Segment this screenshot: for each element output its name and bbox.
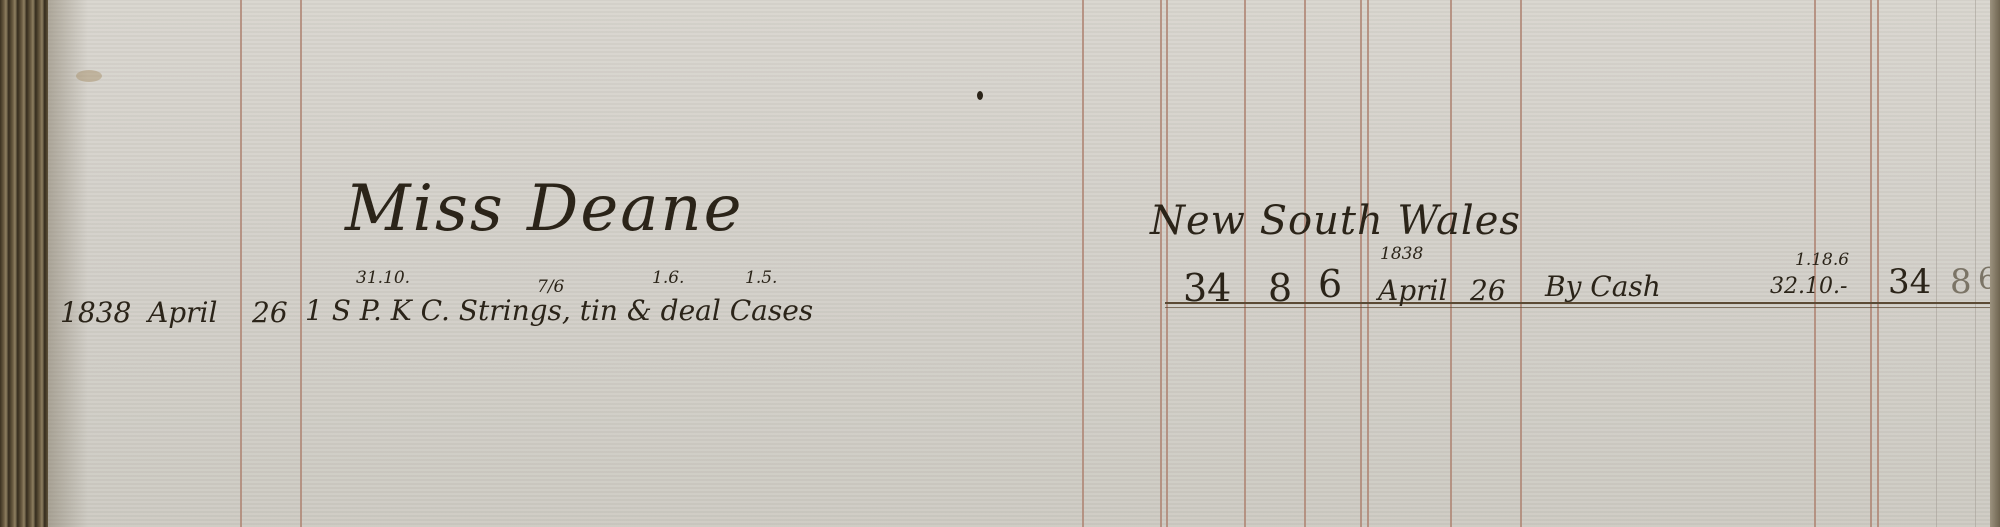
total-pounds: 34	[1888, 262, 1931, 302]
column-rule	[240, 0, 242, 527]
column-rule	[1160, 0, 1162, 527]
paper-stain	[76, 70, 102, 82]
page-edge	[1990, 0, 2000, 527]
credit-entry-description: By Cash	[1545, 270, 1661, 303]
ink-blot	[977, 91, 983, 100]
entry-month: April	[148, 296, 217, 329]
carried-shillings: 8	[1268, 266, 1292, 310]
credit-entry-year: 1838	[1380, 244, 1423, 264]
item-amount: 31.10.	[356, 268, 410, 288]
column-rule	[1082, 0, 1084, 527]
credit-entry-month: April	[1378, 274, 1447, 307]
column-rule	[1975, 0, 1976, 527]
item-amount: 1.5.	[745, 268, 777, 288]
credit-entry-day: 26	[1470, 274, 1506, 307]
column-rule	[1166, 0, 1168, 527]
column-rule	[1244, 0, 1246, 527]
entry-year: 1838	[60, 296, 131, 329]
carried-pounds: 34	[1183, 266, 1231, 310]
column-rule	[1870, 0, 1872, 527]
column-rule	[1360, 0, 1362, 527]
column-rule	[1936, 0, 1937, 527]
book-binding	[0, 0, 48, 527]
column-rule	[1877, 0, 1879, 527]
column-rule	[1450, 0, 1452, 527]
entry-description: 1 S P. K C. Strings, tin & deal Cases	[305, 294, 813, 327]
item-amount: 7/6	[537, 277, 564, 297]
column-rule	[300, 0, 302, 527]
total-shillings: 8	[1950, 262, 1972, 302]
account-name-debit: Miss Deane	[345, 172, 743, 246]
carried-pence: 6	[1318, 262, 1342, 306]
column-rule	[1367, 0, 1369, 527]
sub-amount: 32.10.-	[1770, 274, 1847, 299]
column-rule	[1520, 0, 1522, 527]
column-rule	[1304, 0, 1306, 527]
ledger-page	[48, 0, 2000, 527]
sub-amount: 1.18.6	[1795, 250, 1849, 270]
account-name-credit: New South Wales	[1150, 198, 1521, 244]
item-amount: 1.6.	[652, 268, 684, 288]
entry-day: 26	[252, 296, 288, 329]
